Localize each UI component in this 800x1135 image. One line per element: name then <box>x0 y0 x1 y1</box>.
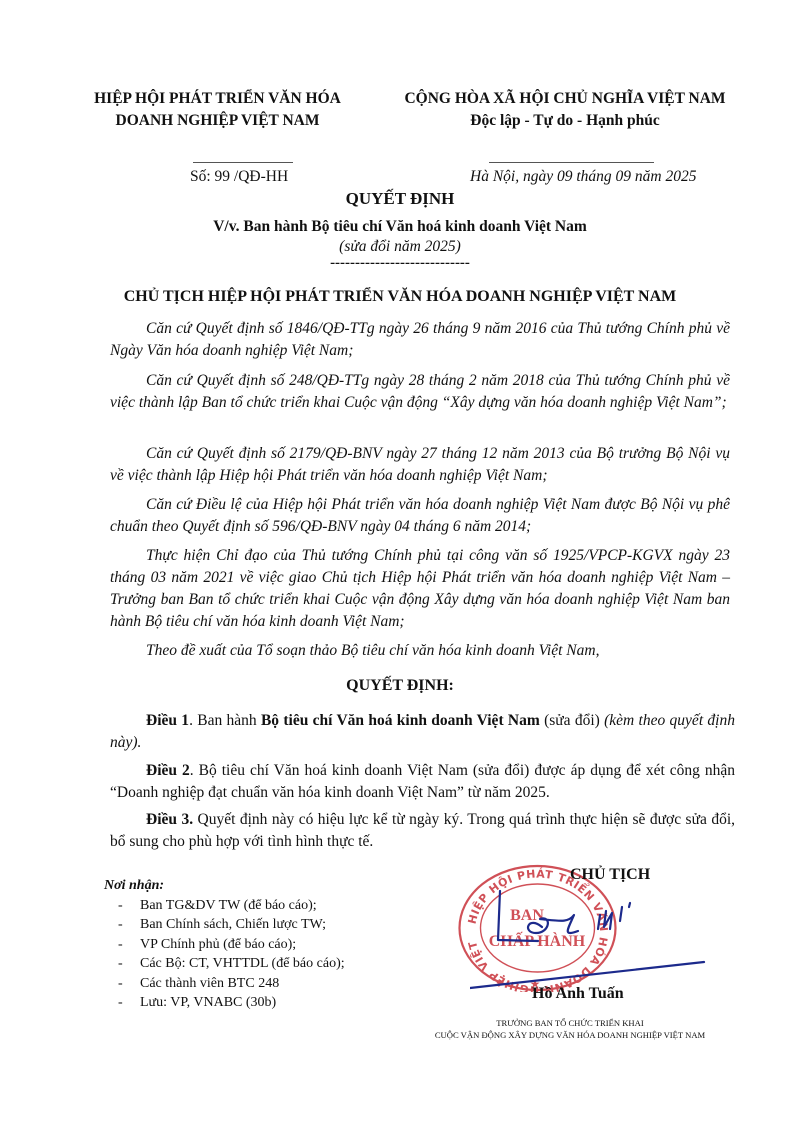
recipient-item: -Ban Chính sách, Chiến lược TW; <box>104 915 345 935</box>
recipient-item: -Các thành viên BTC 248 <box>104 974 345 994</box>
article-1: Điều 1. Ban hành Bộ tiêu chí Văn hoá kin… <box>110 710 735 754</box>
national-motto: Độc lập - Tự do - Hạnh phúc <box>395 110 735 132</box>
bullet-dash: - <box>118 974 123 994</box>
recipient-text: Các thành viên BTC 248 <box>140 976 279 991</box>
signatory-caption: TRƯỞNG BAN TỔ CHỨC TRIỂN KHAI CUỘC VẬN Đ… <box>410 1017 730 1041</box>
preamble-paragraph: Căn cứ Điều lệ của Hiệp hội Phát triển v… <box>110 494 730 538</box>
recipient-text: Lưu: VP, VNABC (30b) <box>140 995 276 1010</box>
signature-icon <box>470 885 730 995</box>
bullet-dash: - <box>118 896 123 916</box>
bullet-dash: - <box>118 915 123 935</box>
article-text: Quyết định này có hiệu lực kể từ ngày ký… <box>110 811 735 850</box>
signatory-caption-line2: CUỘC VẬN ĐỘNG XÂY DỰNG VĂN HÓA DOANH NGH… <box>410 1029 730 1041</box>
recipient-item: -Ban TG&DV TW (để báo cáo); <box>104 896 345 916</box>
recipients-block: Nơi nhận: -Ban TG&DV TW (để báo cáo);-Ba… <box>104 876 345 1013</box>
recipients-list: -Ban TG&DV TW (để báo cáo);-Ban Chính sá… <box>104 896 345 1013</box>
decision-heading: QUYẾT ĐỊNH: <box>0 677 800 695</box>
title-separator: ---------------------------- <box>0 255 800 272</box>
article-text: Bộ tiêu chí Văn hoá kinh doanh Việt Nam … <box>110 762 735 801</box>
signatory-name: Hồ Anh Tuấn <box>532 985 624 1003</box>
preamble-paragraph: Căn cứ Quyết định số 248/QĐ-TTg ngày 28 … <box>110 370 730 414</box>
bullet-dash: - <box>118 954 123 974</box>
bullet-dash: - <box>118 935 123 955</box>
article-text: (sửa đổi) <box>540 712 604 729</box>
recipients-label: Nơi nhận: <box>104 876 345 896</box>
recipient-text: Các Bộ: CT, VHTTDL (để báo cáo); <box>140 956 345 971</box>
national-header: CỘNG HÒA XÃ HỘI CHỦ NGHĨA VIỆT NAM Độc l… <box>395 88 735 132</box>
issuing-authority: CHỦ TỊCH HIỆP HỘI PHÁT TRIỂN VĂN HÓA DOA… <box>0 288 800 306</box>
organization-name-line1: HIỆP HỘI PHÁT TRIỂN VĂN HÓA <box>85 88 350 110</box>
article-3: Điều 3. Quyết định này có hiệu lực kể từ… <box>110 809 735 853</box>
organization-header: HIỆP HỘI PHÁT TRIỂN VĂN HÓA DOANH NGHIỆP… <box>85 88 350 132</box>
article-label: Điều 3. <box>146 811 193 828</box>
preamble-paragraph: Theo đề xuất của Tổ soạn thảo Bộ tiêu ch… <box>110 640 730 662</box>
bullet-dash: - <box>118 993 123 1013</box>
signatory-title: CHỦ TỊCH <box>570 866 650 884</box>
article-2: Điều 2. Bộ tiêu chí Văn hoá kinh doanh V… <box>110 760 735 804</box>
signatory-caption-line1: TRƯỞNG BAN TỔ CHỨC TRIỂN KHAI <box>410 1017 730 1029</box>
recipient-text: Ban Chính sách, Chiến lược TW; <box>140 917 326 932</box>
preamble-paragraph: Căn cứ Quyết định số 2179/QĐ-BNV ngày 27… <box>110 443 730 487</box>
document-date: Hà Nội, ngày 09 tháng 09 năm 2025 <box>470 168 696 186</box>
recipient-item: -VP Chính phủ (để báo cáo); <box>104 935 345 955</box>
document-number: Số: 99 /QĐ-HH <box>190 168 288 186</box>
article-text-emphasis: Bộ tiêu chí Văn hoá kinh doanh Việt Nam <box>261 712 540 729</box>
header-divider-right <box>489 162 654 163</box>
article-label: Điều 1 <box>146 712 189 729</box>
national-title: CỘNG HÒA XÃ HỘI CHỦ NGHĨA VIỆT NAM <box>395 88 735 110</box>
recipient-text: Ban TG&DV TW (để báo cáo); <box>140 898 317 913</box>
article-label: Điều 2 <box>146 762 190 779</box>
document-subject-note: (sửa đổi năm 2025) <box>0 238 800 256</box>
document-subject: V/v. Ban hành Bộ tiêu chí Văn hoá kinh d… <box>0 218 800 236</box>
recipient-text: VP Chính phủ (để báo cáo); <box>140 937 296 952</box>
preamble-paragraph: Thực hiện Chỉ đạo của Thủ tướng Chính ph… <box>110 545 730 633</box>
recipient-item: -Lưu: VP, VNABC (30b) <box>104 993 345 1013</box>
preamble-paragraph: Căn cứ Quyết định số 1846/QĐ-TTg ngày 26… <box>110 318 730 362</box>
article-text: Ban hành <box>197 712 261 729</box>
document-title: QUYẾT ĐỊNH <box>0 189 800 209</box>
header-divider-left <box>193 162 293 163</box>
recipient-item: -Các Bộ: CT, VHTTDL (để báo cáo); <box>104 954 345 974</box>
article-separator: . <box>190 762 199 779</box>
organization-name-line2: DOANH NGHIỆP VIỆT NAM <box>85 110 350 132</box>
